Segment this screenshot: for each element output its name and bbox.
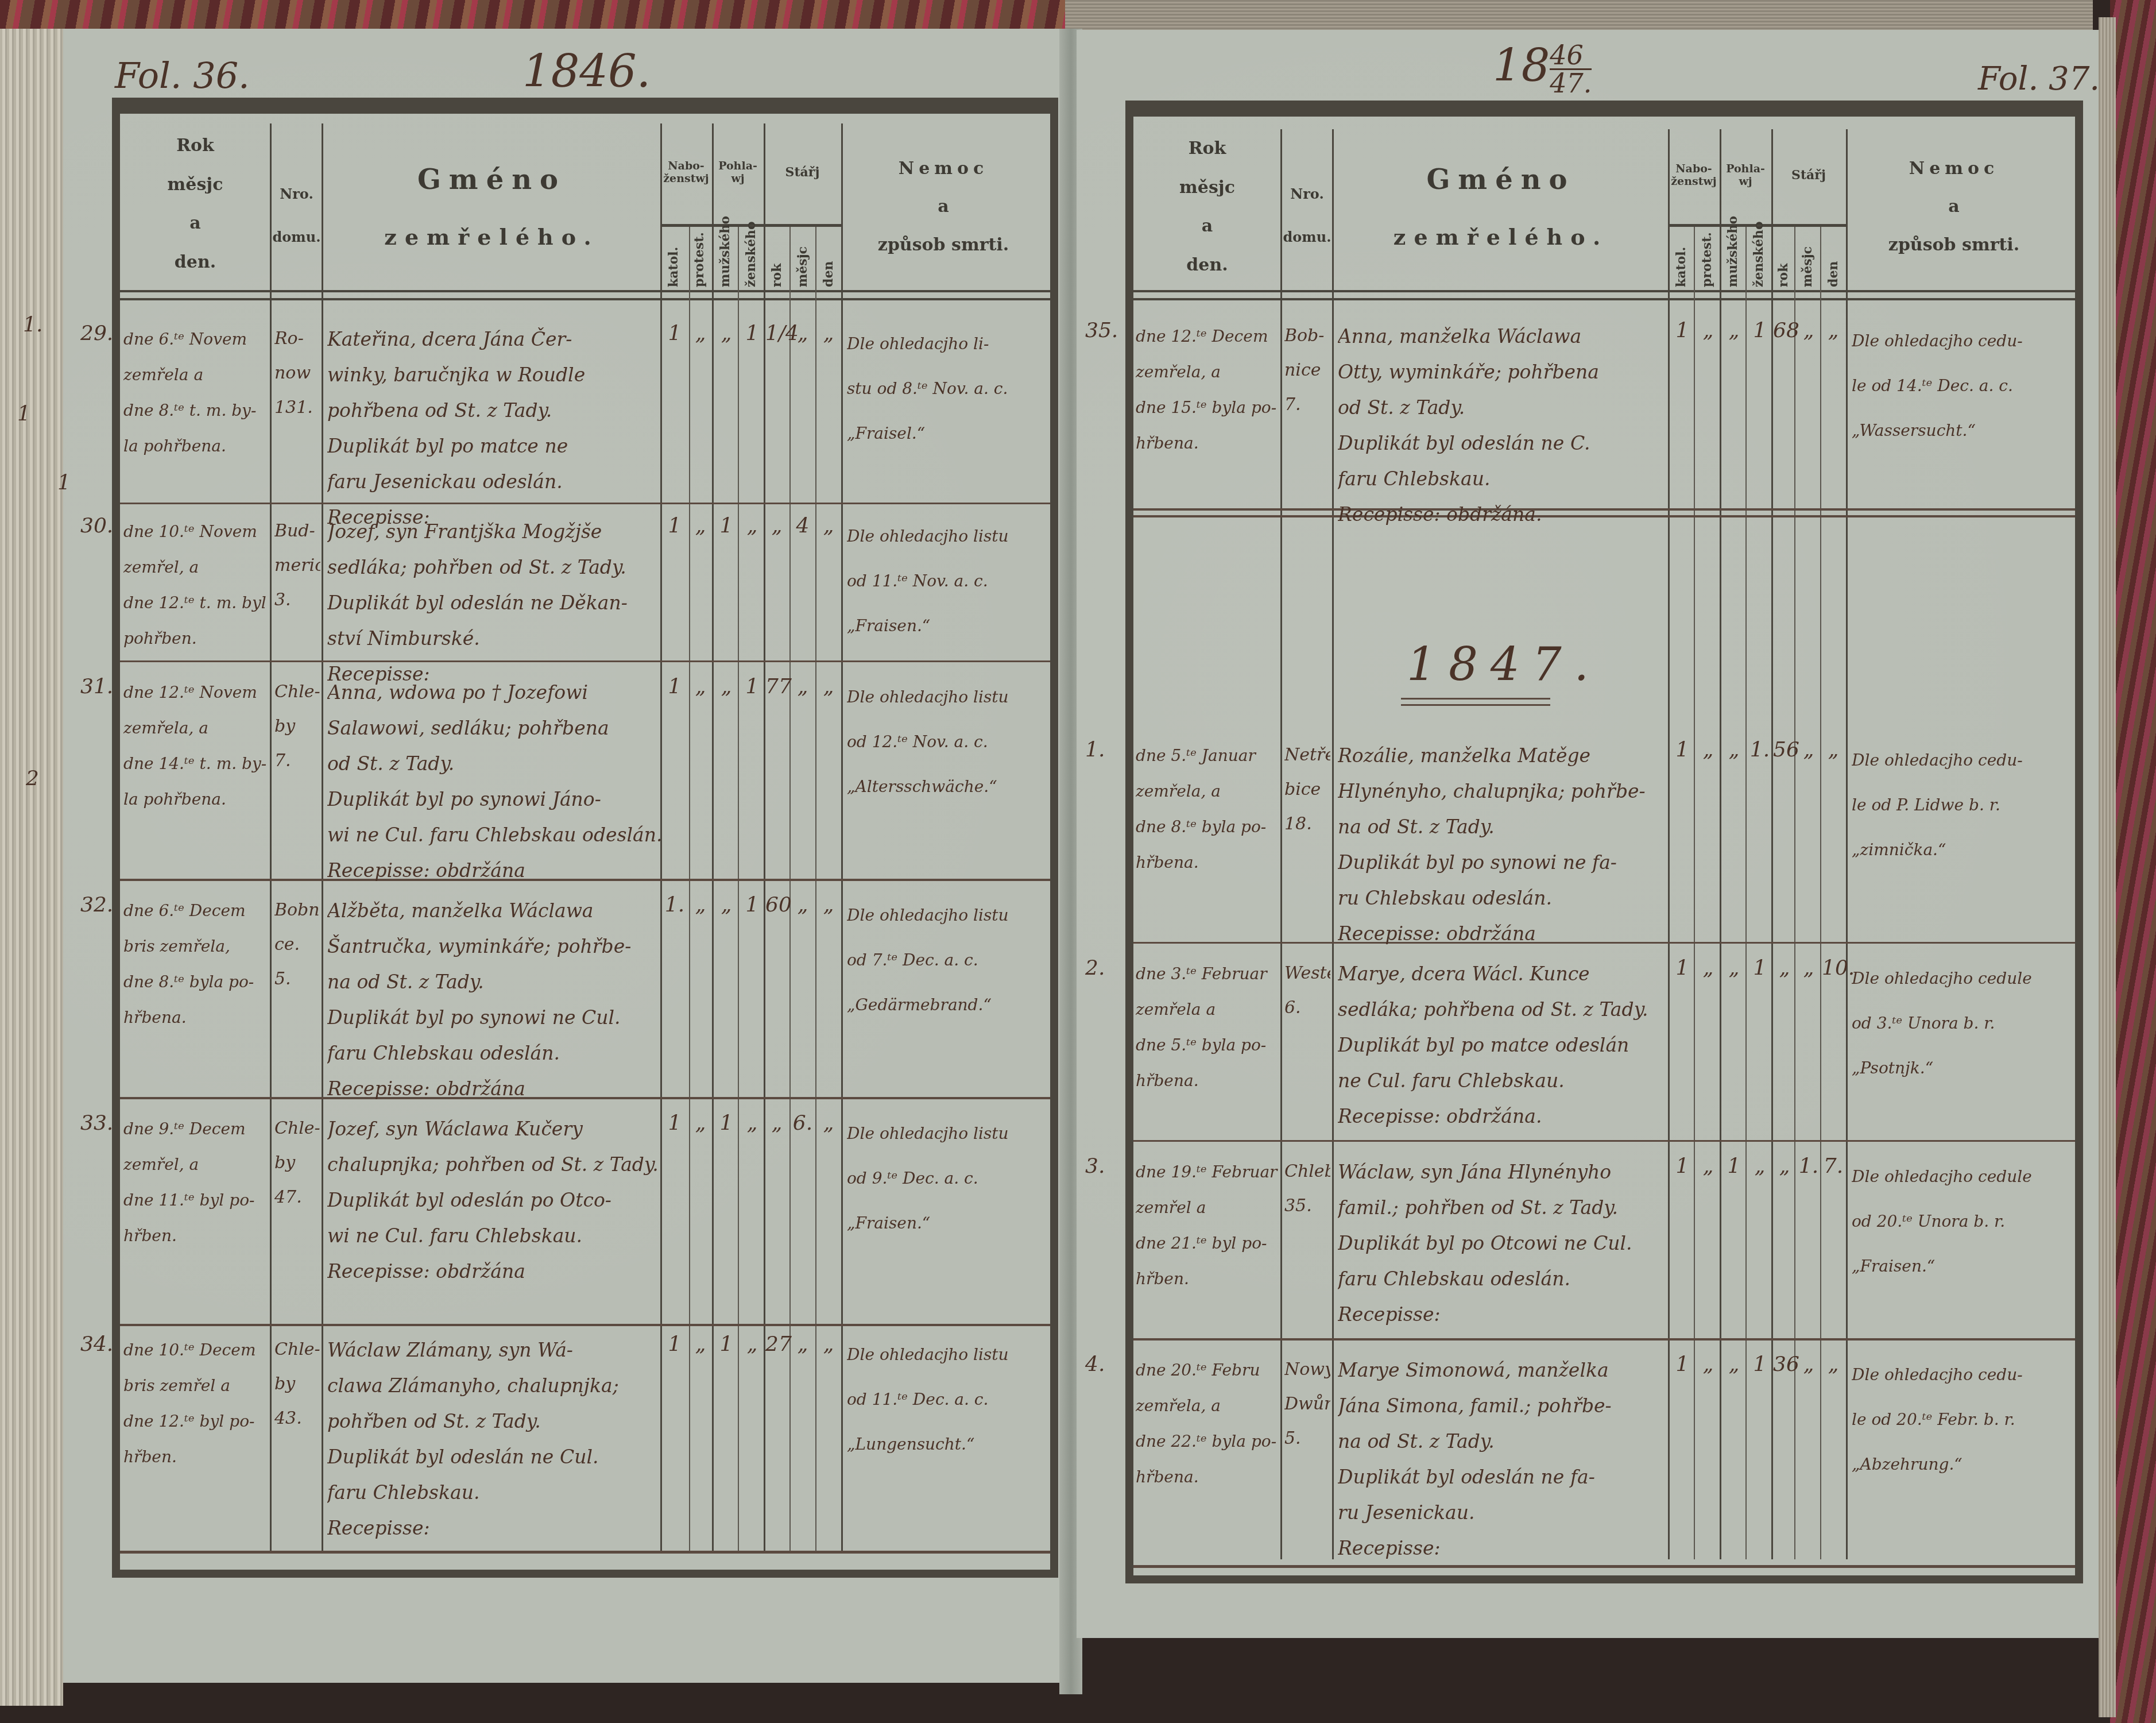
house-number-line: Chle- <box>274 675 320 709</box>
col-divider <box>1668 129 1670 1559</box>
deceased-name-notes-line: od St. z Tady. <box>327 746 660 782</box>
cause-of-death-line: Dle ohledacjho listu <box>847 675 1045 720</box>
deceased-name-notes-line: Duplikát byl odeslán ne Cul. <box>327 1439 660 1475</box>
count-male: „ <box>1723 956 1745 980</box>
header-label: domu. <box>273 229 321 245</box>
count-age-y: „ <box>1773 956 1796 980</box>
death-burial-date-line: zemřel, a <box>123 550 270 585</box>
entry-number: 4. <box>1085 1353 1105 1376</box>
entry-number: 2. <box>1085 956 1105 980</box>
header-name: Gméno zemřelého. <box>323 149 660 264</box>
count-protest: „ <box>689 893 712 917</box>
house-number-line: 47. <box>274 1180 320 1215</box>
deceased-name-notes-line: Recepisse: obdržána. <box>1338 1099 1668 1134</box>
header-label: Nro. <box>1290 186 1324 202</box>
header-sub-label: měsjc <box>1800 241 1815 287</box>
death-burial-date-line: hřbena. <box>1136 1459 1279 1495</box>
death-burial-date: dne 10.ᵗᵉ Decembris zemřel adne 12.ᵗᵉ by… <box>123 1332 270 1475</box>
count-katol: 1. <box>663 893 686 917</box>
col-divider <box>1820 227 1821 1559</box>
count-katol: 1 <box>1671 1154 1694 1178</box>
right-page-year: 184647. <box>1493 40 1592 96</box>
death-burial-date-line: dne 10.ᵗᵉ Novem <box>123 514 270 550</box>
cause-of-death-line: „Fraisen.“ <box>847 604 1045 648</box>
deceased-name-notes-line: od St. z Tady. <box>1338 390 1668 426</box>
cause-of-death: Dle ohledacjho cedu-le od P. Lidwe b. r.… <box>1852 738 2067 872</box>
header-sub-label: katol. <box>666 235 681 287</box>
col-divider <box>270 123 272 1554</box>
death-burial-date-line: dne 12.ᵗᵉ Decem <box>1136 319 1279 354</box>
right-folio-number: Fol. 37. <box>1978 60 2100 98</box>
entry-number: 32. <box>80 893 113 917</box>
count-age-d: 7. <box>1822 1154 1845 1178</box>
entry-number: 33. <box>80 1111 113 1135</box>
death-burial-date-line: dne 15.ᵗᵉ byla po- <box>1136 390 1279 426</box>
deceased-name-notes: Wáclaw Zlámany, syn Wá-clawa Zlámanyho, … <box>327 1332 660 1546</box>
col-divider <box>712 123 714 1554</box>
cause-of-death: Dle ohledacjho listuod 11.ᵗᵉ Dec. a. c.„… <box>847 1332 1045 1467</box>
deceased-name-notes-line: na od St. z Tady. <box>1338 809 1668 845</box>
house-number-line: 5. <box>1284 1421 1330 1456</box>
header-label: Rok <box>1189 138 1226 159</box>
row-separator <box>1133 1338 2075 1340</box>
house-number: Netře-bice18. <box>1284 738 1330 841</box>
cause-of-death-line: „Lungensucht.“ <box>847 1422 1045 1467</box>
deceased-name-notes-line: Duplikát byl odeslán ne C. <box>1338 426 1668 461</box>
header-label: a <box>189 213 200 233</box>
col-divider <box>841 123 843 1554</box>
count-age-y: „ <box>1773 1154 1796 1178</box>
death-burial-date-line: dne 5.ᵗᵉ Januar <box>1136 738 1279 774</box>
cause-of-death-line: „Fraisen.“ <box>847 1201 1045 1246</box>
deceased-name-notes-line: pohřben od St. z Tady. <box>327 1404 660 1439</box>
header-label: a <box>938 196 949 217</box>
cause-of-death-line: Dle ohledacjho cedu- <box>1852 1353 2067 1397</box>
count-protest: „ <box>689 322 712 345</box>
cause-of-death: Dle ohledacjho listuod 11.ᵗᵉ Nov. a. c.„… <box>847 514 1045 648</box>
deceased-name-notes-line: Alžběta, manželka Wáclawa <box>327 893 660 929</box>
deceased-name-notes: Wáclaw, syn Jána Hlynényhofamil.; pohřbe… <box>1338 1154 1668 1332</box>
count-katol: 1 <box>663 675 686 698</box>
cause-of-death-line: Dle ohledacjho cedule <box>1852 1154 2067 1199</box>
death-burial-date-line: dne 19.ᵗᵉ Februar <box>1136 1154 1279 1190</box>
year-prefix: 18 <box>1493 40 1550 92</box>
col-divider <box>738 227 739 1554</box>
deceased-name-notes: Marye, dcera Wácl. Kuncesedláka; pohřben… <box>1338 956 1668 1134</box>
cause-of-death-line: le od P. Lidwe b. r. <box>1852 783 2067 828</box>
deceased-name-notes-line: Duplikát byl po matce ne <box>327 428 660 464</box>
deceased-name-notes-line: Anna, wdowa po † Jozefowi <box>327 675 660 710</box>
col-divider <box>815 227 816 1554</box>
death-burial-date-line: hřben. <box>123 1439 270 1475</box>
margin-note: 2 <box>26 767 39 790</box>
cause-of-death: Dle ohledacjho cedu-le od 14.ᵗᵉ Dec. a. … <box>1852 319 2067 453</box>
death-burial-date-line: zemřela, a <box>123 710 270 746</box>
cause-of-death-line: „Gedärmebrand.“ <box>847 983 1045 1027</box>
header-cause: Nemoc a způsob smrti. <box>843 149 1044 264</box>
deceased-name-notes-line: Duplikát byl odeslán ne Děkan- <box>327 585 660 621</box>
header-religion: Nabo-ženstwj <box>1668 129 1720 221</box>
book-page-edges-left <box>0 29 63 1706</box>
row-separator <box>1133 1140 2075 1142</box>
house-number-line: bice <box>1284 772 1330 807</box>
house-number-line: 131. <box>274 391 320 425</box>
book-page-edges-top-right <box>1065 0 2093 30</box>
deceased-name-notes-line: Salawowi, sedláku; pohřbena <box>327 710 660 746</box>
death-burial-date-line: dne 8.ᵗᵉ byla po- <box>123 964 270 1000</box>
header-label: způsob smrti. <box>1888 235 2019 255</box>
left-folio-number: Fol. 36. <box>115 55 250 96</box>
deceased-name-notes-line: Kateřina, dcera Jána Čer- <box>327 322 660 357</box>
header-label: den. <box>175 252 216 272</box>
count-female: 1 <box>1748 956 1771 980</box>
death-burial-date-line: dne 5.ᵗᵉ byla po- <box>1136 1027 1279 1063</box>
house-number: Bud-merice3. <box>274 514 320 617</box>
deceased-name-notes-line: Duplikát byl po synowi ne fa- <box>1338 845 1668 880</box>
deceased-name-notes-line: Duplikát byl po synowi ne Cul. <box>327 1000 660 1036</box>
deceased-name-notes-line: chalupnjka; pohřben od St. z Tady. <box>327 1147 660 1183</box>
header-label: Stářj <box>1791 168 1826 183</box>
header-label: Pohla-wj <box>1723 163 1768 188</box>
header-label: Nemoc <box>899 159 989 179</box>
count-protest: „ <box>689 675 712 698</box>
count-age-d: „ <box>817 1332 840 1356</box>
count-age-y: 56 <box>1773 738 1796 762</box>
count-age-m: 4 <box>791 514 814 538</box>
header-sub-label: měsjc <box>795 241 810 287</box>
header-sub-label: protest. <box>692 235 707 287</box>
count-female: 1 <box>1748 1353 1771 1376</box>
book-page-edges-right <box>2099 17 2116 1717</box>
year-fraction-top: 46 <box>1550 42 1592 70</box>
cause-of-death: Dle ohledacjho listuod 9.ᵗᵉ Dec. a. c.„F… <box>847 1111 1045 1246</box>
row-separator <box>120 1324 1050 1326</box>
deceased-name-notes: Marye Simonowá, manželkaJána Simona, fam… <box>1338 1353 1668 1566</box>
deceased-name-notes: Kateřina, dcera Jána Čer-winky, baručnjk… <box>327 322 660 535</box>
count-katol: 1 <box>1671 1353 1694 1376</box>
header-sub-label: den <box>821 253 836 287</box>
house-number-line: Westec. <box>1284 956 1330 991</box>
death-burial-date-line: dne 8.ᵗᵉ t. m. by- <box>123 393 270 428</box>
deceased-name-notes-line: Wáclaw, syn Jána Hlynényho <box>1338 1154 1668 1190</box>
house-number-line: by <box>274 1367 320 1401</box>
cause-of-death: Dle ohledacjho ceduleod 3.ᵗᵉ Unora b. r.… <box>1852 956 2067 1091</box>
deceased-name-notes-line: Recepisse: obdržána. <box>1338 497 1668 532</box>
col-divider <box>1694 227 1695 1559</box>
header-sub-label: ženského <box>1751 230 1766 287</box>
cause-of-death-line: Dle ohledacjho listu <box>847 893 1045 938</box>
house-number: Ro-now131. <box>274 322 320 425</box>
header-date: Rok měsjc a den. <box>1134 129 1280 284</box>
count-female: 1 <box>741 322 764 345</box>
cause-of-death: Dle ohledacjho listuod 12.ᵗᵉ Nov. a. c.„… <box>847 675 1045 809</box>
death-burial-date-line: dne 6.ᵗᵉ Novem <box>123 322 270 357</box>
deceased-name-notes-line: ne Cul. faru Chlebskau. <box>1338 1063 1668 1099</box>
count-male: „ <box>715 322 738 345</box>
count-protest: „ <box>1697 738 1720 762</box>
col-divider <box>1280 129 1282 1559</box>
deceased-name-notes-line: sedláka; pohřben od St. z Tady. <box>327 550 660 585</box>
count-protest: „ <box>1697 956 1720 980</box>
header-age: Stářj <box>1771 129 1846 221</box>
header-label: způsob smrti. <box>878 235 1009 255</box>
deceased-name-notes: Anna, manželka WáclawaOtty, wyminkáře; p… <box>1338 319 1668 532</box>
death-burial-date-line: zemřela a <box>1136 992 1279 1027</box>
header-sub-label: katol. <box>1674 235 1689 287</box>
cause-of-death-line: od 3.ᵗᵉ Unora b. r. <box>1852 1001 2067 1046</box>
house-number-line: Ro- <box>274 322 320 356</box>
house-number-line: now <box>274 356 320 391</box>
death-burial-date-line: dne 3.ᵗᵉ Februar <box>1136 956 1279 992</box>
entry-number: 1. <box>1085 738 1105 762</box>
house-number-line: Bud- <box>274 514 320 548</box>
deceased-name-notes-line: na od St. z Tady. <box>1338 1424 1668 1459</box>
deceased-name-notes-line: Recepisse: obdržána <box>327 1254 660 1289</box>
count-male: „ <box>715 893 738 917</box>
header-label: zemřelého. <box>1394 224 1608 250</box>
death-burial-date: dne 6.ᵗᵉ Decembris zemřela,dne 8.ᵗᵉ byla… <box>123 893 270 1036</box>
deceased-name-notes-line: Recepisse: obdržána <box>327 853 660 888</box>
deceased-name-notes-line: Recepisse: <box>327 1510 660 1546</box>
year-fraction-bottom: 47. <box>1550 70 1592 96</box>
deceased-name-notes-line: ství Nimburské. <box>327 621 660 656</box>
cause-of-death-line: Dle ohledacjho listu <box>847 514 1045 559</box>
header-sub-label: rok <box>1776 253 1791 287</box>
count-protest: „ <box>689 1111 712 1135</box>
count-protest: „ <box>1697 1154 1720 1178</box>
death-burial-date-line: zemřela a <box>123 357 270 393</box>
count-age-m: „ <box>791 322 814 345</box>
count-age-m: 6. <box>791 1111 814 1135</box>
deceased-name-notes: Jozef, syn Frantjška Mogžjšesedláka; poh… <box>327 514 660 692</box>
header-label: Gméno <box>1426 164 1575 196</box>
death-burial-date-line: hřbena. <box>123 1000 270 1036</box>
cause-of-death-line: „Altersschwäche.“ <box>847 764 1045 809</box>
death-burial-date-line: dne 22.ᵗᵉ byla po- <box>1136 1424 1279 1459</box>
death-burial-date-line: hřben. <box>1136 1261 1279 1297</box>
count-age-y: „ <box>765 514 788 538</box>
margin-note: 1 <box>17 402 30 426</box>
house-number-line: nice <box>1284 353 1330 388</box>
death-burial-date: dne 3.ᵗᵉ Februarzemřela adne 5.ᵗᵉ byla p… <box>1136 956 1279 1099</box>
header-label: Nabo-ženstwj <box>663 160 709 185</box>
deceased-name-notes-line: Rozálie, manželka Matěge <box>1338 738 1668 774</box>
header-label: a <box>1948 196 1959 217</box>
count-female: 1 <box>741 675 764 698</box>
house-number-line: 43. <box>274 1401 320 1436</box>
death-burial-date: dne 5.ᵗᵉ Januarzemřela, adne 8.ᵗᵉ byla p… <box>1136 738 1279 880</box>
house-number-line: ce. <box>274 928 320 962</box>
cause-of-death: Dle ohledacjho listuod 7.ᵗᵉ Dec. a. c.„G… <box>847 893 1045 1027</box>
death-burial-date-line: zemřela, a <box>1136 354 1279 390</box>
count-age-m: „ <box>1797 1353 1820 1376</box>
death-burial-date: dne 12.ᵗᵉ Decemzemřela, adne 15.ᵗᵉ byla … <box>1136 319 1279 461</box>
deceased-name-notes-line: Duplikát byl po matce odeslán <box>1338 1027 1668 1063</box>
count-katol: 1 <box>663 322 686 345</box>
deceased-name-notes-line: Recepisse: <box>1338 1531 1668 1566</box>
deceased-name-notes-line: Jozef, syn Frantjška Mogžjše <box>327 514 660 550</box>
year-divider-underline <box>1401 698 1550 706</box>
house-number-line: Dwůr <box>1284 1387 1330 1421</box>
header-sex: Pohla-wj <box>1720 129 1771 221</box>
header-date: Rok měsjc a den. <box>121 126 270 281</box>
entry-number: 3. <box>1085 1154 1105 1178</box>
house-number-line: Bobni- <box>274 893 320 928</box>
cause-of-death-line: Dle ohledacjho cedu- <box>1852 319 2067 364</box>
count-age-d: „ <box>1822 738 1845 762</box>
deceased-name-notes-line: faru Chlebskau odeslán. <box>327 1036 660 1071</box>
death-burial-date-line: zemřela, a <box>1136 774 1279 809</box>
house-number-line: Chle- <box>274 1111 320 1146</box>
count-female: „ <box>741 1111 764 1135</box>
header-house: Nro. domu. <box>272 172 322 258</box>
margin-note: 1. <box>23 313 42 337</box>
death-burial-date: dne 19.ᵗᵉ Februarzemřel adne 21.ᵗᵉ byl p… <box>1136 1154 1279 1297</box>
margin-note: 1 <box>57 471 71 495</box>
deceased-name-notes: Anna, wdowa po † JozefowiSalawowi, sedlá… <box>327 675 660 888</box>
count-male: 1 <box>715 1332 738 1356</box>
header-sub-label: den <box>1826 253 1841 287</box>
col-divider <box>1332 129 1334 1559</box>
death-burial-date-line: dne 11.ᵗᵉ byl po- <box>123 1183 270 1218</box>
entry-number: 35. <box>1085 319 1118 342</box>
cause-of-death-line: „Psotnjk.“ <box>1852 1046 2067 1091</box>
header-name: Gméno zemřelého. <box>1334 149 1668 264</box>
house-number-line: by <box>274 1146 320 1180</box>
cause-of-death-line: od 9.ᵗᵉ Dec. a. c. <box>847 1156 1045 1201</box>
book-binding-right <box>2110 0 2156 1723</box>
count-age-d: „ <box>1822 1353 1845 1376</box>
count-age-d: „ <box>1822 319 1845 342</box>
deceased-name-notes-line: wi ne Cul. faru Chlebskau. <box>327 1218 660 1254</box>
header-sub-label: ženského <box>744 230 758 287</box>
death-burial-date: dne 9.ᵗᵉ Decemzemřel, adne 11.ᵗᵉ byl po-… <box>123 1111 270 1254</box>
header-label: měsjc <box>168 175 223 195</box>
book-binding-top-left <box>0 0 1065 29</box>
count-katol: 1 <box>1671 319 1694 342</box>
death-burial-date: dne 12.ᵗᵉ Novemzemřela, adne 14.ᵗᵉ t. m.… <box>123 675 270 817</box>
death-burial-date-line: hřbena. <box>1136 426 1279 461</box>
deceased-name-notes-line: Šantručka, wyminkáře; pohřbe- <box>327 929 660 964</box>
deceased-name-notes-line: Duplikát byl odeslán po Otco- <box>327 1183 660 1218</box>
count-protest: „ <box>689 514 712 538</box>
house-number-line: 5. <box>274 962 320 996</box>
count-female: 1 <box>1748 319 1771 342</box>
house-number: Chle-by47. <box>274 1111 320 1215</box>
count-age-d: „ <box>817 893 840 917</box>
entry-number: 34. <box>80 1332 113 1356</box>
deceased-name-notes-line: Duplikát byl po Otcowi ne Cul. <box>1338 1226 1668 1261</box>
house-number-line: 7. <box>1284 388 1330 422</box>
header-label: zemřelého. <box>384 224 599 250</box>
count-male: „ <box>715 675 738 698</box>
house-number-line: Netře- <box>1284 738 1330 772</box>
death-burial-date-line: hřbena. <box>1136 1063 1279 1099</box>
count-male: „ <box>1723 319 1745 342</box>
count-age-m: „ <box>791 1332 814 1356</box>
count-katol: 1 <box>1671 738 1694 762</box>
death-burial-date-line: pohřben. <box>123 621 270 656</box>
house-number: Chle-by43. <box>274 1332 320 1436</box>
entry-number: 31. <box>80 675 113 698</box>
deceased-name-notes-line: sedláka; pohřbena od St. z Tady. <box>1338 992 1668 1027</box>
cause-of-death-line: stu od 8.ᵗᵉ Nov. a. c. <box>847 366 1045 411</box>
house-number: Chle-by7. <box>274 675 320 778</box>
deceased-name-notes-line: Jozef, syn Wáclawa Kučery <box>327 1111 660 1147</box>
count-katol: 1 <box>663 1332 686 1356</box>
death-burial-date-line: dne 12.ᵗᵉ Novem <box>123 675 270 710</box>
death-burial-date-line: dne 12.ᵗᵉ byl po- <box>123 1404 270 1439</box>
deceased-name-notes-line: ru Jesenickau. <box>1338 1495 1668 1531</box>
cause-of-death-line: od 11.ᵗᵉ Dec. a. c. <box>847 1377 1045 1422</box>
deceased-name-notes-line: Duplikát byl po synowi Jáno- <box>327 782 660 817</box>
col-divider <box>1745 227 1747 1559</box>
deceased-name-notes: Rozálie, manželka MatěgeHlynényho, chalu… <box>1338 738 1668 952</box>
header-house: Nro. domu. <box>1282 172 1332 258</box>
deceased-name-notes-line: faru Chlebskau odeslán. <box>1338 1261 1668 1297</box>
house-number-line: Bob- <box>1284 319 1330 353</box>
count-age-y: „ <box>765 1111 788 1135</box>
house-number: Bob-nice7. <box>1284 319 1330 422</box>
count-age-d: „ <box>817 322 840 345</box>
house-number-line: 3. <box>274 583 320 617</box>
count-protest: „ <box>1697 319 1720 342</box>
header-label: Rok <box>176 136 214 156</box>
entry-number: 29. <box>80 322 113 345</box>
cause-of-death-line: od 7.ᵗᵉ Dec. a. c. <box>847 938 1045 983</box>
death-burial-date-line: hřben. <box>123 1218 270 1254</box>
cause-of-death-line: Dle ohledacjho li- <box>847 322 1045 366</box>
count-katol: 1 <box>663 1111 686 1135</box>
col-divider <box>660 123 662 1554</box>
house-number-line: 18. <box>1284 807 1330 841</box>
cause-of-death-line: od 11.ᵗᵉ Nov. a. c. <box>847 559 1045 604</box>
cause-of-death-line: Dle ohledacjho cedu- <box>1852 738 2067 783</box>
count-age-y: 60 <box>765 893 788 917</box>
cause-of-death: Dle ohledacjho cedu-le od 20.ᵗᵉ Febr. b.… <box>1852 1353 2067 1487</box>
count-age-m: „ <box>791 893 814 917</box>
deceased-name-notes-line: Otty, wyminkáře; pohřbena <box>1338 354 1668 390</box>
entry-number: 30. <box>80 514 113 538</box>
deceased-name-notes-line: Hlynényho, chalupnjka; pohřbe- <box>1338 774 1668 809</box>
cause-of-death-line: „zimnička.“ <box>1852 828 2067 872</box>
death-burial-date-line: dne 20.ᵗᵉ Febru <box>1136 1353 1279 1388</box>
deceased-name-notes-line: faru Chlebskau. <box>327 1475 660 1510</box>
cause-of-death-line: le od 20.ᵗᵉ Febr. b. r. <box>1852 1397 2067 1442</box>
count-age-y: 77 <box>765 675 788 698</box>
count-age-d: „ <box>817 1111 840 1135</box>
count-katol: 1 <box>663 514 686 538</box>
count-male: „ <box>1723 738 1745 762</box>
house-number: Bobni-ce.5. <box>274 893 320 996</box>
deceased-name-notes: Alžběta, manželka WáclawaŠantručka, wymi… <box>327 893 660 1107</box>
count-protest: „ <box>689 1332 712 1356</box>
header-sub-label: mužského <box>718 230 733 287</box>
death-burial-date: dne 20.ᵗᵉ Februzemřela, adne 22.ᵗᵉ byla … <box>1136 1353 1279 1495</box>
house-number-line: 7. <box>274 744 320 778</box>
count-age-y: 1/4 <box>765 322 788 345</box>
deceased-name-notes-line: faru Chlebskau. <box>1338 461 1668 497</box>
count-female: 1 <box>741 893 764 917</box>
deceased-name-notes-line: na od St. z Tady. <box>327 964 660 1000</box>
count-age-y: 27 <box>765 1332 788 1356</box>
count-age-d: „ <box>817 675 840 698</box>
header-sub-label: mužského <box>1725 230 1740 287</box>
header-label: měsjc <box>1179 177 1235 198</box>
house-number-line: Nowy <box>1284 1353 1330 1387</box>
header-sex: Pohla-wj <box>712 126 764 218</box>
count-male: 1 <box>1723 1154 1745 1178</box>
